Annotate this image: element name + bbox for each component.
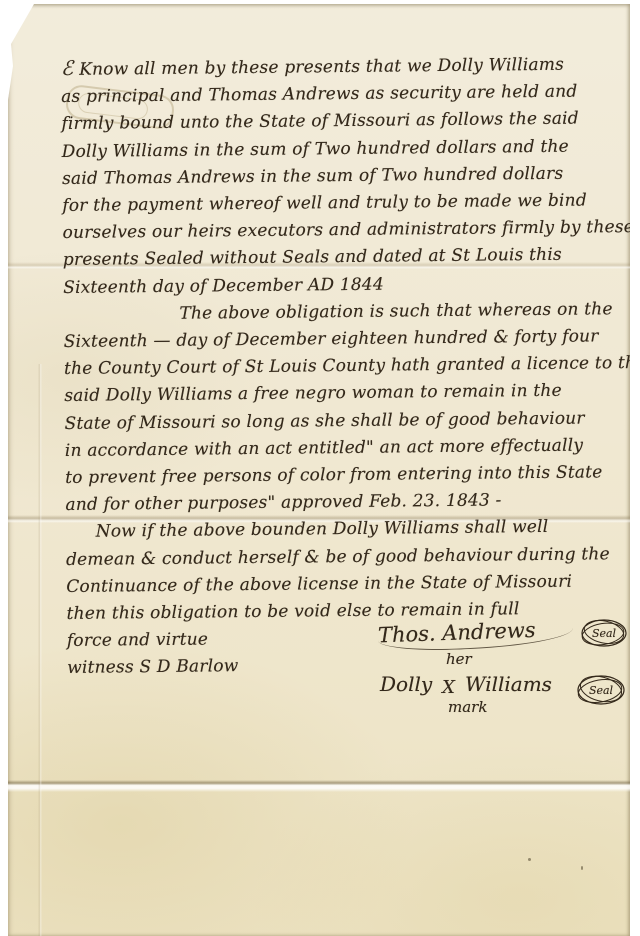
x-mark: X (432, 677, 465, 698)
paper-speck (581, 866, 583, 870)
fold-crease-vertical (38, 364, 42, 936)
scan-background: ℰKnow all men by these presents that we … (0, 0, 640, 936)
manuscript-text: ℰKnow all men by these presents that we … (61, 49, 634, 683)
mark-label: mark (448, 698, 487, 716)
manuscript-line: witness S D Barlow (67, 649, 633, 682)
document-paper: ℰKnow all men by these presents that we … (8, 4, 630, 936)
fold-crease-bottom (8, 780, 630, 792)
paper-speck (528, 858, 531, 861)
manuscript-line-text: Know all men by these presents that we D… (79, 55, 564, 80)
opening-flourish-mark: ℰ (61, 56, 80, 80)
seal-word: Seal (589, 684, 614, 697)
